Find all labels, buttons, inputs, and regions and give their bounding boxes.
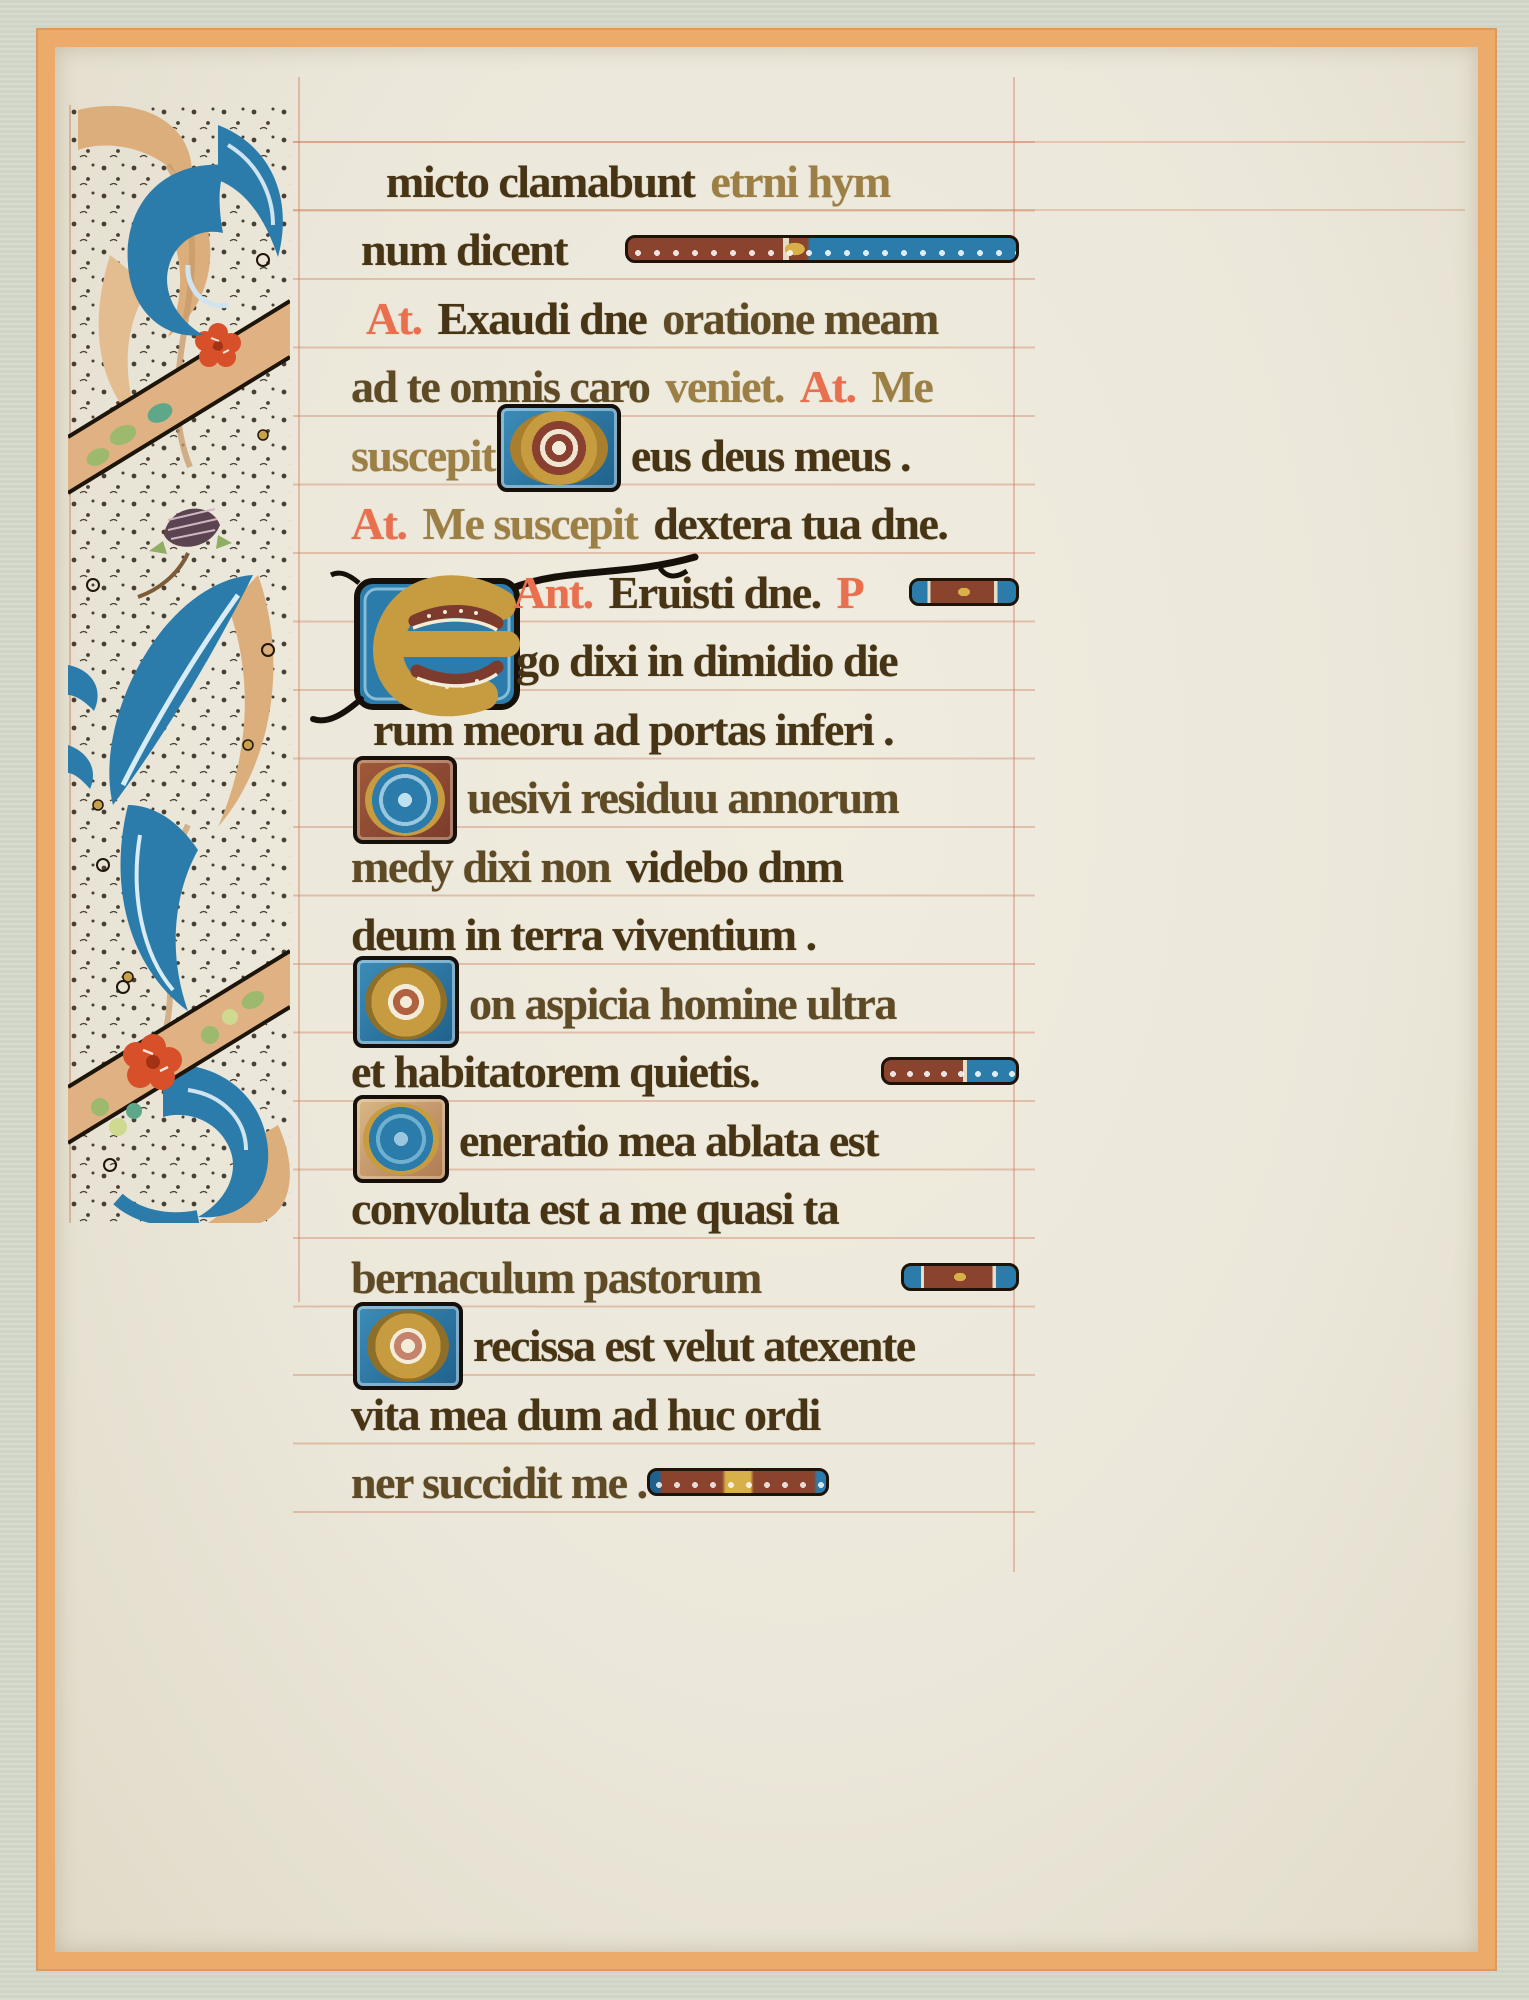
manuscript-text: ner succidit me . (351, 1460, 647, 1513)
manuscript-line: num dicent (351, 212, 1019, 281)
manuscript-line: bernaculum pastorum (351, 1239, 1019, 1308)
illuminated-initial-N (353, 956, 459, 1048)
manuscript-line: uesivi residuu annorum (351, 760, 1019, 829)
manuscript-text: eneratio mea ablata est (459, 1118, 878, 1171)
manuscript-text: rum meoru ad portas inferi . (373, 707, 893, 760)
manuscript-text: medy dixi non (351, 844, 610, 897)
manuscript-text: Eruisti dne. (609, 570, 821, 623)
manuscript-text: on aspicia homine ultra (469, 981, 896, 1034)
illuminated-initial-Q (353, 756, 457, 844)
illuminated-initial-D (497, 404, 621, 492)
manuscript-text: Me suscepit (423, 501, 638, 554)
ruling-vertical-left (298, 77, 300, 1302)
manuscript-line: rum meoru ad portas inferi . (351, 691, 1019, 760)
manuscript-line: go dixi in dimidio die (351, 623, 1019, 692)
manuscript-line: ner succidit me . (351, 1445, 1019, 1514)
initial-ornament (510, 411, 608, 485)
manuscript-leaf: micto clamabuntetrni hymnum dicentAt.Exa… (55, 47, 1478, 1952)
manuscript-text: micto clamabunt (386, 159, 694, 212)
illuminated-border (68, 105, 290, 1223)
line-filler (909, 578, 1019, 606)
manuscript-line: on aspicia homine ultra (351, 965, 1019, 1034)
manuscript-text: suscepit (351, 433, 495, 486)
manuscript-text: etrni hym (710, 159, 889, 212)
line-filler (881, 1057, 1019, 1085)
initial-ornament (365, 764, 445, 836)
manuscript-text: eus deus meus . (631, 433, 910, 486)
manuscript-text: go dixi in dimidio die (516, 638, 897, 691)
manuscript-text: Exaudi dne (438, 296, 647, 349)
rubric-text: At. (366, 296, 422, 349)
manuscript-text: dextera tua dne. (653, 501, 947, 554)
manuscript-line: At.Exaudi dneoratione meam (351, 280, 1019, 349)
manuscript-line: micto clamabuntetrni hym (351, 143, 1019, 212)
manuscript-text: uesivi residuu annorum (467, 775, 898, 828)
illuminated-initial-G (353, 1095, 449, 1183)
manuscript-text: num dicent (361, 227, 567, 280)
rubric-text: At. (351, 501, 407, 554)
manuscript-line: Ant.Eruisti dne.P (351, 554, 1019, 623)
illuminated-initial-P (353, 1302, 463, 1390)
rubric-text: At. (800, 364, 856, 417)
manuscript-text: vita mea dum ad huc ordi (351, 1392, 820, 1445)
manuscript-text: recissa est velut atexente (473, 1323, 915, 1376)
manuscript-line: deum in terra viventium . (351, 897, 1019, 966)
line-filler (647, 1468, 829, 1496)
line-filler (901, 1263, 1019, 1291)
rubric-text: Ant. (513, 570, 593, 623)
manuscript-text: bernaculum pastorum (351, 1255, 761, 1308)
manuscript-text: convoluta est a me quasi ta (351, 1186, 838, 1239)
manuscript-line: convoluta est a me quasi ta (351, 1171, 1019, 1240)
initial-ornament (365, 964, 447, 1040)
frame-fillet: micto clamabuntetrni hymnum dicentAt.Exa… (36, 28, 1497, 1971)
manuscript-line: suscepiteus deus meus . (351, 417, 1019, 486)
manuscript-line: eneratio mea ablata est (351, 1102, 1019, 1171)
manuscript-text: videbo dnm (626, 844, 842, 897)
line-filler (625, 235, 1019, 263)
manuscript-line: At.Me suscepitdextera tua dne. (351, 486, 1019, 555)
initial-ornament (367, 1310, 449, 1382)
manuscript-text: oratione meam (662, 296, 938, 349)
rubric-text: P (837, 570, 864, 623)
manuscript-line: ad te omnis caroveniet.At.Me (351, 349, 1019, 418)
initial-ornament (363, 1103, 439, 1175)
manuscript-text: veniet. (665, 364, 784, 417)
manuscript-line: recissa est velut atexente (351, 1308, 1019, 1377)
manuscript-text: Me (871, 364, 932, 417)
framed-manuscript-photo: micto clamabuntetrni hymnum dicentAt.Exa… (0, 0, 1529, 2000)
text-block: micto clamabuntetrni hymnum dicentAt.Exa… (351, 143, 1019, 1513)
